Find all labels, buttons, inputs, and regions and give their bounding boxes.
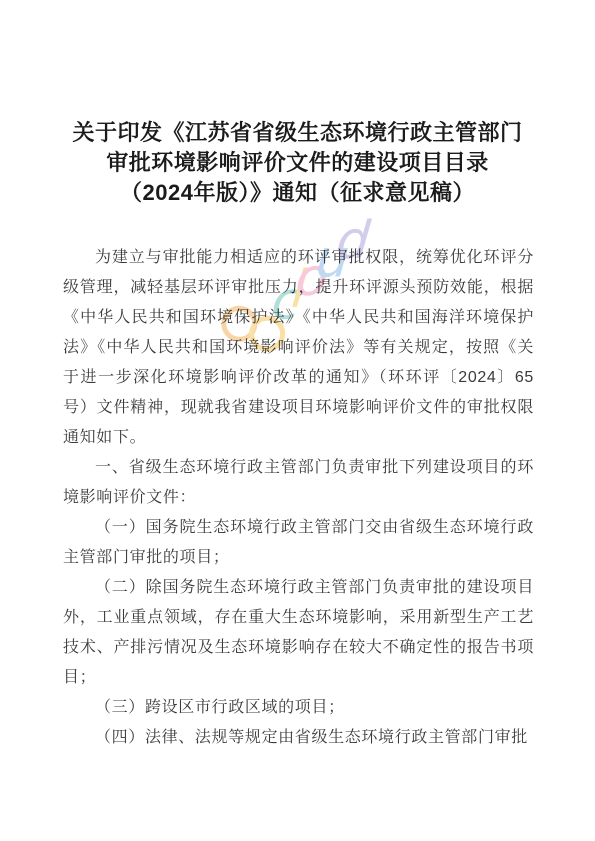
document-body: 为建立与审批能力相适应的环评审批权限，统筹优化环评分级管理，减轻基层环评审批压力… — [63, 243, 534, 753]
document-page: 关于印发《江苏省省级生态环境行政主管部门 审批环境影响评价文件的建设项目目录 （… — [0, 0, 595, 841]
document-title: 关于印发《江苏省省级生态环境行政主管部门 审批环境影响评价文件的建设项目目录 （… — [38, 118, 557, 208]
paragraph-item-2: （二）除国务院生态环境行政主管部门负责审批的建设项目外，工业重点领域，存在重大生… — [63, 573, 534, 693]
paragraph-item-1: （一）国务院生态环境行政主管部门交由省级生态环境行政主管部门审批的项目； — [63, 513, 534, 573]
paragraph-section-1: 一、省级生态环境行政主管部门负责审批下列建设项目的环境影响评价文件： — [63, 453, 534, 513]
title-line-1: 关于印发《江苏省省级生态环境行政主管部门 — [38, 118, 557, 148]
title-line-3: （2024年版）》通知（征求意见稿） — [38, 178, 557, 208]
paragraph-item-4: （四）法律、法规等规定由省级生态环境行政主管部门审批 — [63, 723, 534, 753]
paragraph-intro: 为建立与审批能力相适应的环评审批权限，统筹优化环评分级管理，减轻基层环评审批压力… — [63, 243, 534, 453]
title-line-2: 审批环境影响评价文件的建设项目目录 — [38, 148, 557, 178]
paragraph-item-3: （三）跨设区市行政区域的项目； — [63, 693, 534, 723]
